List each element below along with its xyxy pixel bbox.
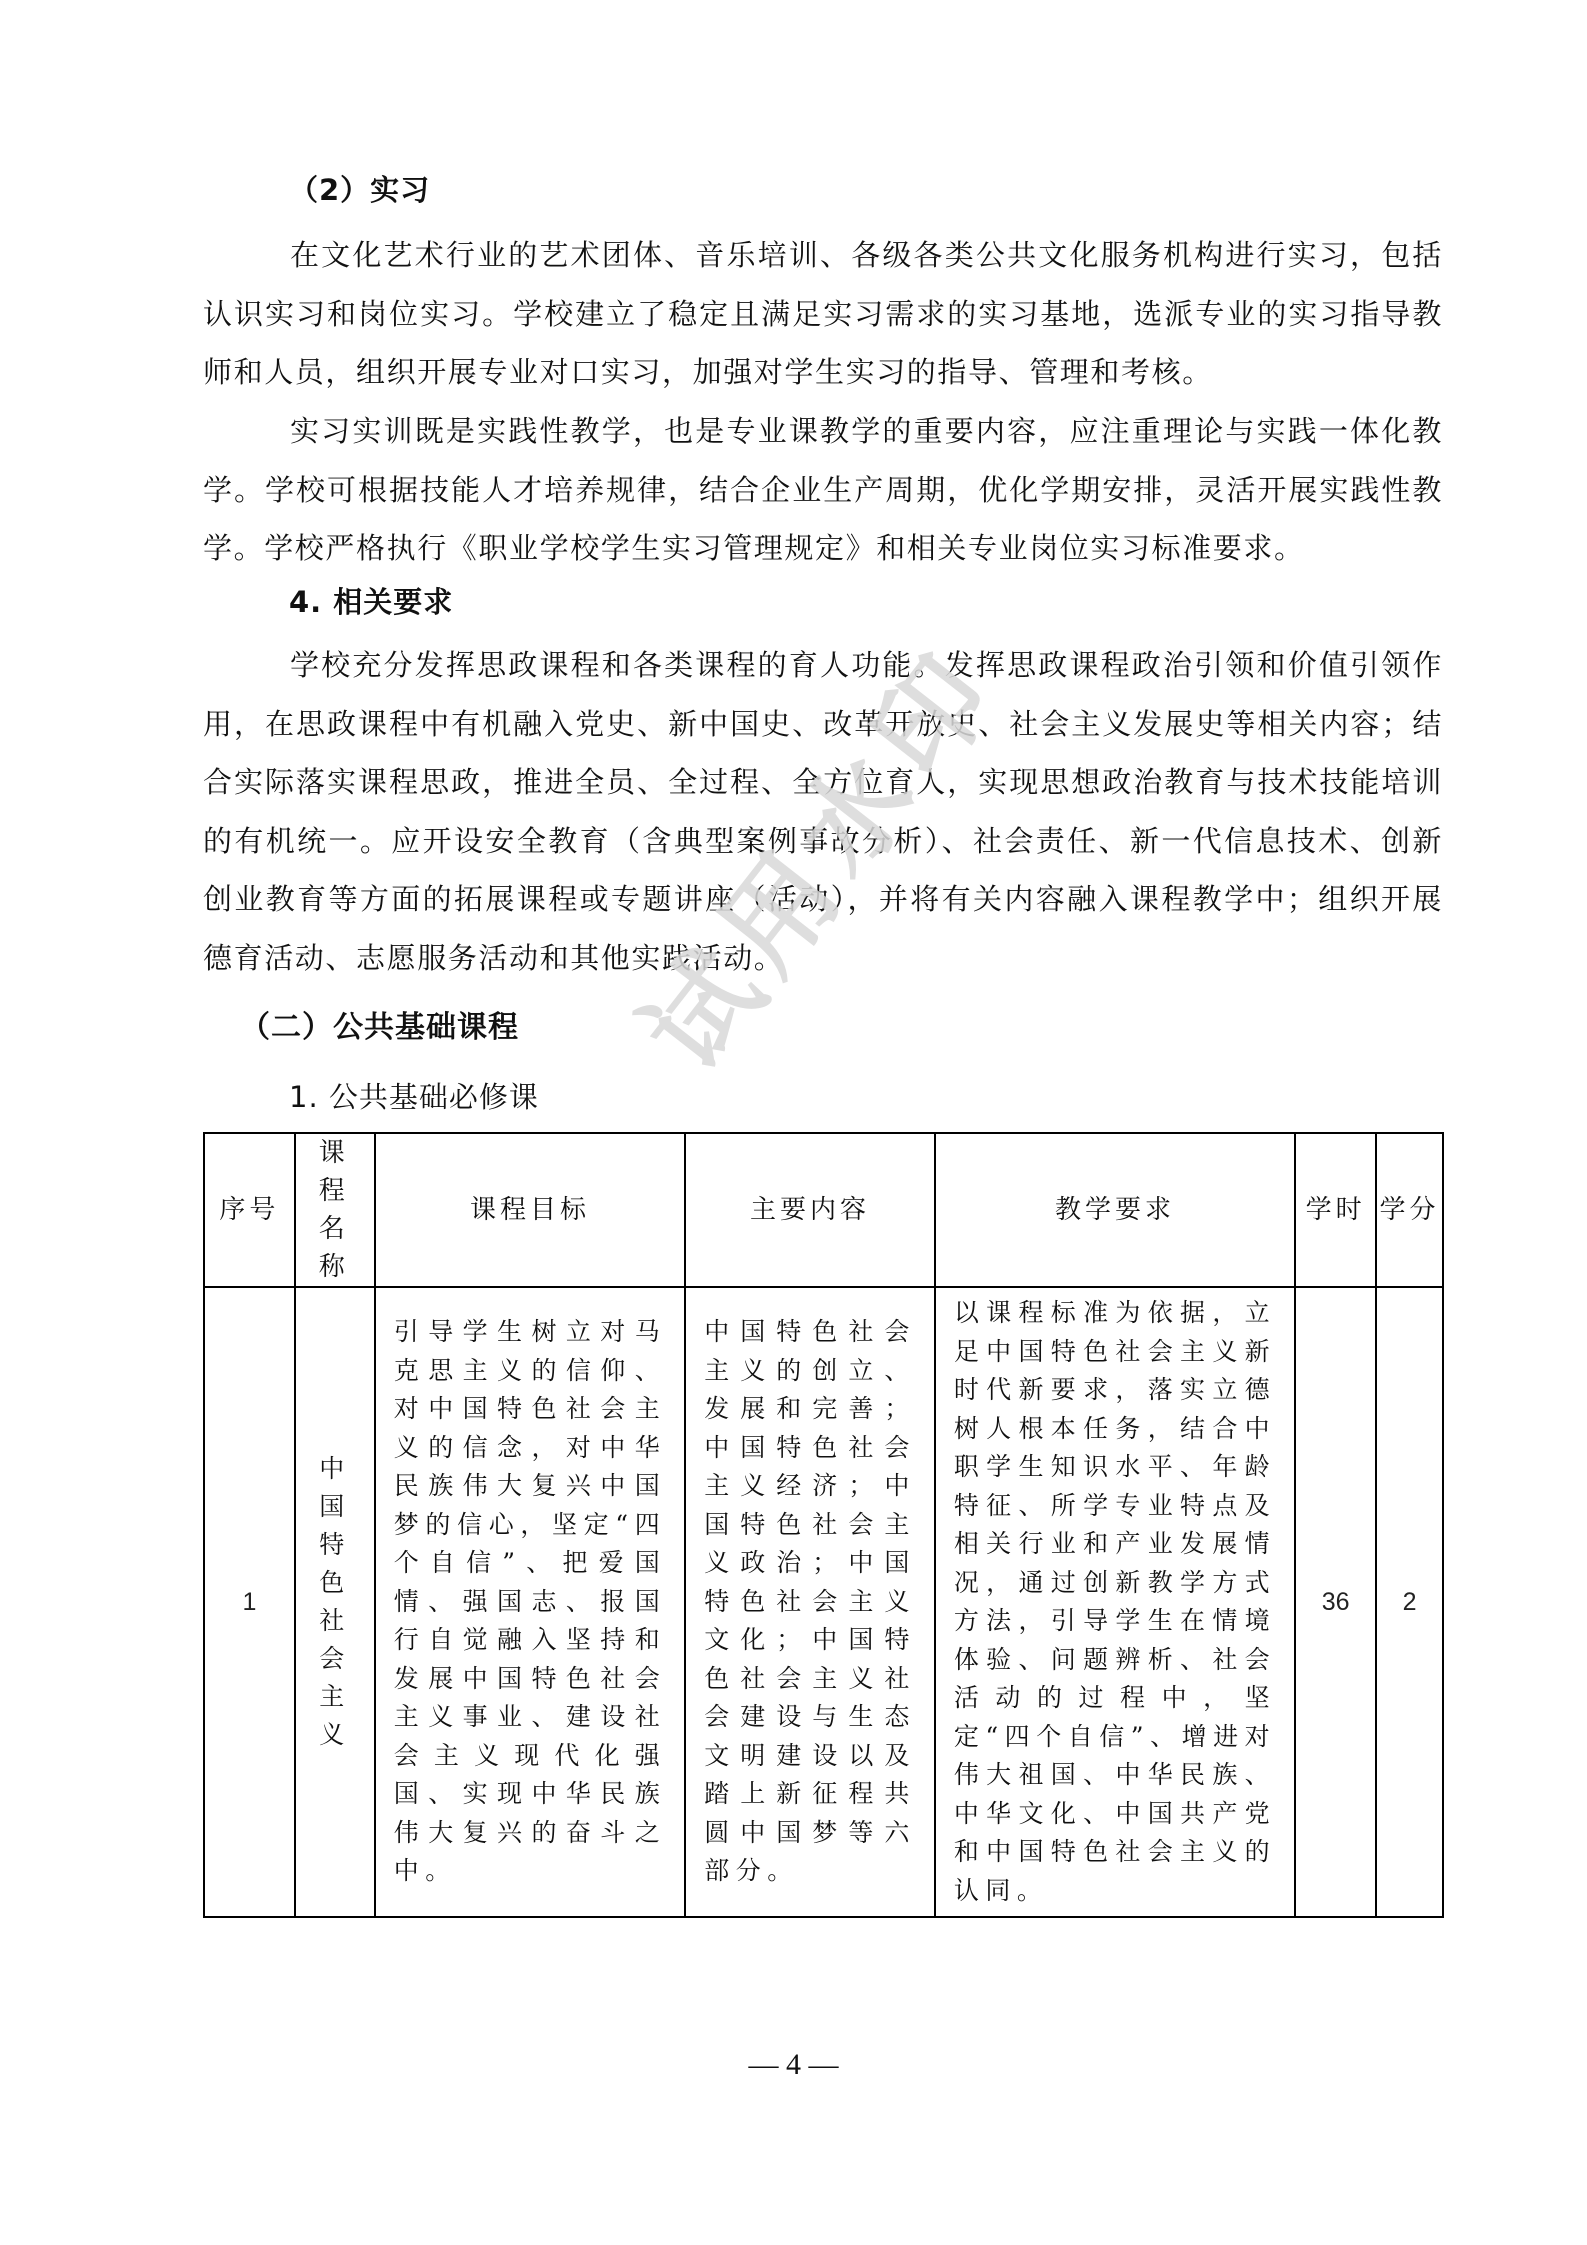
- cell-course-goal: 引导学生树立对马克思主义的信仰、对中国特色社会主义的信念，对中华民族伟大复兴中国…: [375, 1287, 685, 1917]
- header-index: 序号: [204, 1133, 295, 1287]
- paragraph-internship-1: 在文化艺术行业的艺术团体、音乐培训、各级各类公共文化服务机构进行实习，包括认识实…: [203, 226, 1443, 402]
- header-teaching-requirements: 教学要求: [935, 1133, 1295, 1287]
- page-number: — 4 —: [0, 2048, 1587, 2082]
- section-heading-requirements: 4. 相关要求: [289, 580, 453, 621]
- cell-course-name: 中国特色社会主义: [295, 1287, 375, 1917]
- course-table: 序号 课程名称 课程目标 主要内容 教学要求 学时 学分 1 中国特色社会主义 …: [203, 1132, 1444, 1918]
- header-main-content: 主要内容: [685, 1133, 935, 1287]
- header-course-goal: 课程目标: [375, 1133, 685, 1287]
- table-header-row: 序号 课程名称 课程目标 主要内容 教学要求 学时 学分: [204, 1133, 1443, 1287]
- header-course-name: 课程名称: [295, 1133, 375, 1287]
- paragraph-requirements: 学校充分发挥思政课程和各类课程的育人功能。发挥思政课程政治引领和价值引领作用，在…: [203, 636, 1443, 987]
- subheading-required-courses: 1. 公共基础必修课: [289, 1075, 539, 1116]
- paragraph-internship-2: 实习实训既是实践性教学，也是专业课教学的重要内容，应注重理论与实践一体化教学。学…: [203, 402, 1443, 578]
- cell-index: 1: [204, 1287, 295, 1917]
- section-heading-public-courses: （二）公共基础课程: [240, 1002, 519, 1046]
- cell-hours: 36: [1295, 1287, 1376, 1917]
- header-credits: 学分: [1376, 1133, 1443, 1287]
- header-hours: 学时: [1295, 1133, 1376, 1287]
- table-row: 1 中国特色社会主义 引导学生树立对马克思主义的信仰、对中国特色社会主义的信念，…: [204, 1287, 1443, 1917]
- cell-main-content: 中国特色社会主义的创立、发展和完善；中国特色社会主义经济；中国特色社会主义政治；…: [685, 1287, 935, 1917]
- cell-credits: 2: [1376, 1287, 1443, 1917]
- document-page: （2）实习 在文化艺术行业的艺术团体、音乐培训、各级各类公共文化服务机构进行实习…: [0, 0, 1587, 2245]
- cell-teaching-requirements: 以课程标准为依据，立足中国特色社会主义新时代新要求，落实立德树人根本任务，结合中…: [935, 1287, 1295, 1917]
- section-heading-internship: （2）实习: [289, 168, 430, 209]
